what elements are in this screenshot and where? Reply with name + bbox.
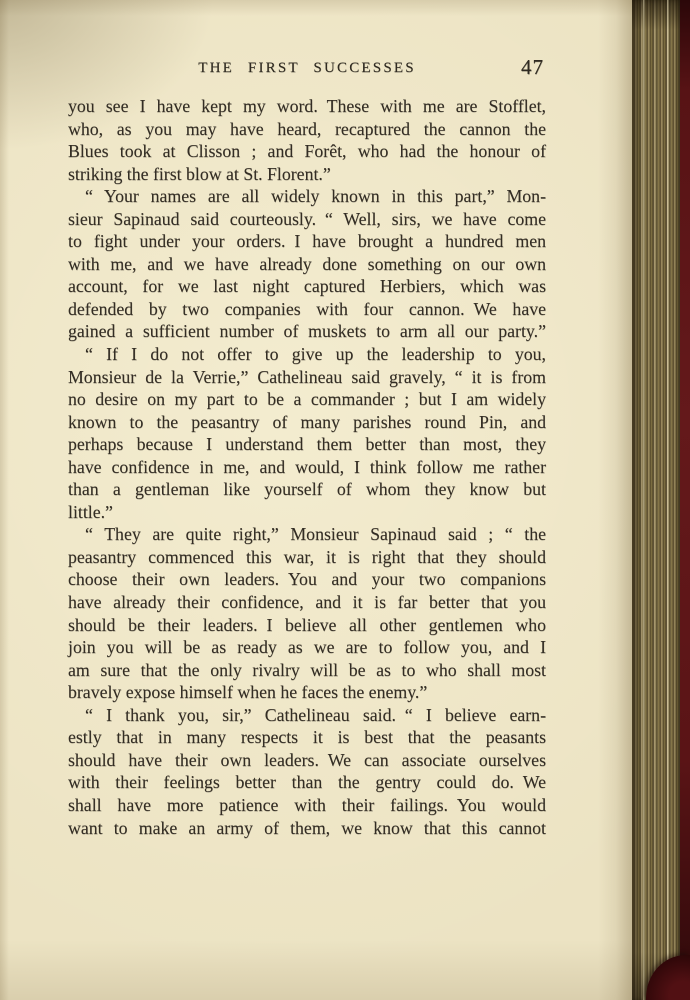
page-number: 47: [521, 55, 544, 80]
text-line: than a gentleman like yourself of whom t…: [68, 478, 546, 501]
text-line: bravely expose himself when he faces the…: [68, 681, 546, 704]
paragraph: “ If I do not offer to give up the leade…: [68, 343, 546, 523]
text-line: account, for we last night captured Herb…: [68, 275, 546, 298]
page-text: you see I have kept my word. These with …: [68, 95, 546, 839]
paragraph: “ I thank you, sir,” Cathelineau said. “…: [68, 704, 546, 839]
running-header-title: THE FIRST SUCCESSES: [68, 60, 546, 77]
book-page: THE FIRST SUCCESSES 47 you see I have ke…: [0, 0, 632, 1000]
text-line: to fight under your orders. I have broug…: [68, 230, 546, 253]
text-line: “ I thank you, sir,” Cathelineau said. “…: [68, 704, 546, 727]
text-line: should be their leaders. I believe all o…: [68, 614, 546, 637]
text-line: no desire on my part to be a commander ;…: [68, 388, 546, 411]
paragraph: “ Your names are all widely known in thi…: [68, 185, 546, 343]
text-line: have already their confidence, and it is…: [68, 591, 546, 614]
text-line: defended by two companies with four cann…: [68, 298, 546, 321]
text-line: am sure that the only rivalry will be as…: [68, 659, 546, 682]
text-line: striking the first blow at St. Florent.”: [68, 163, 546, 186]
text-line: you see I have kept my word. These with …: [68, 95, 546, 118]
text-line: gained a sufficient number of muskets to…: [68, 320, 546, 343]
text-line: with their feelings better than the gent…: [68, 771, 546, 794]
text-line: want to make an army of them, we know th…: [68, 817, 546, 840]
text-line: choose their own leaders. You and your t…: [68, 568, 546, 591]
text-line: Monsieur de la Verrie,” Cathelineau said…: [68, 366, 546, 389]
book-cover-edge: [680, 0, 690, 1000]
text-line: who, as you may have heard, recaptured t…: [68, 118, 546, 141]
scanned-book-photo: THE FIRST SUCCESSES 47 you see I have ke…: [0, 0, 690, 1000]
text-line: known to the peasantry of many parishes …: [68, 411, 546, 434]
text-line: have confidence in me, and would, I thin…: [68, 456, 546, 479]
text-line: Blues took at Clisson ; and Forêt, who h…: [68, 140, 546, 163]
text-line: “ Your names are all widely known in thi…: [68, 185, 546, 208]
paragraph: “ They are quite right,” Monsieur Sapina…: [68, 523, 546, 703]
text-line: little.”: [68, 501, 546, 524]
text-line: join you will be as ready as we are to f…: [68, 636, 546, 659]
text-line: should have their own leaders. We can as…: [68, 749, 546, 772]
text-line: “ They are quite right,” Monsieur Sapina…: [68, 523, 546, 546]
text-line: peasantry commenced this war, it is righ…: [68, 546, 546, 569]
text-line: “ If I do not offer to give up the leade…: [68, 343, 546, 366]
text-line: shall have more patience with their fail…: [68, 794, 546, 817]
running-header: THE FIRST SUCCESSES 47: [68, 60, 546, 84]
text-line: estly that in many respects it is best t…: [68, 726, 546, 749]
text-line: sieur Sapinaud said courteously. “ Well,…: [68, 208, 546, 231]
book-fore-edge-pages: [632, 0, 680, 1000]
text-line: perhaps because I understand them better…: [68, 433, 546, 456]
text-line: with me, and we have already done someth…: [68, 253, 546, 276]
paragraph: you see I have kept my word. These with …: [68, 95, 546, 185]
